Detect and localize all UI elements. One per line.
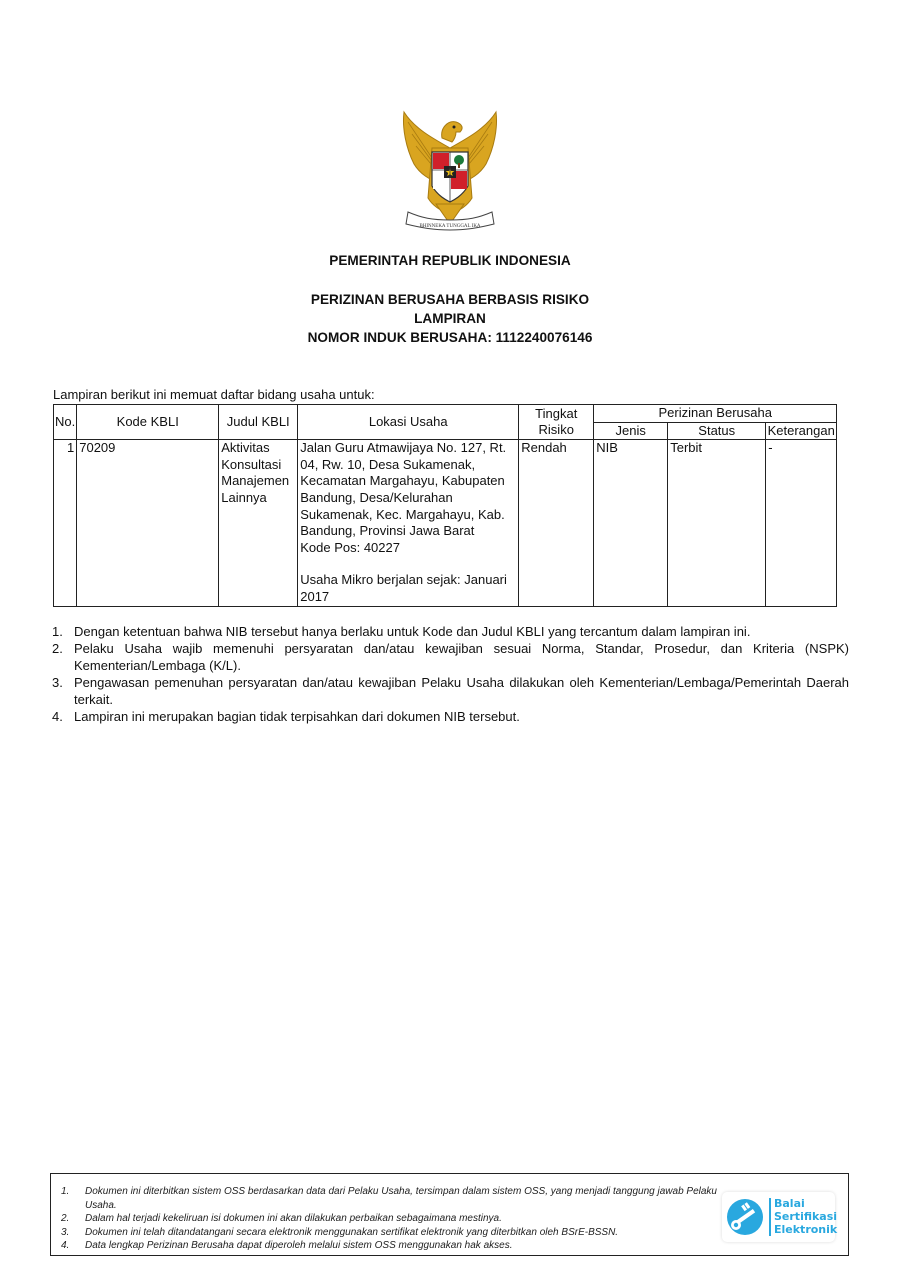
cell-judul-kbli: Aktivitas Konsultasi Manajemen Lainnya (219, 440, 298, 607)
footer-note-item: 2.Dalam hal terjadi kekeliruan isi dokum… (61, 1212, 721, 1226)
header-keterangan: Keterangan (766, 422, 837, 440)
header-tingkat-line2: Risiko (520, 422, 592, 439)
cell-kode-kbli: 70209 (77, 440, 219, 607)
intro-text: Lampiran berikut ini memuat daftar bidan… (53, 387, 375, 402)
footer-disclaimer-box: 1.Dokumen ini diterbitkan sistem OSS ber… (50, 1173, 849, 1256)
note-item: 4.Lampiran ini merupakan bagian tidak te… (52, 708, 849, 725)
cell-keterangan: - (766, 440, 837, 607)
bsre-text: Balai Sertifikasi Elektronik (774, 1197, 837, 1236)
header-kode-kbli: Kode KBLI (77, 405, 219, 440)
bsre-divider (769, 1198, 771, 1236)
note-item: 3.Pengawasan pemenuhan persyaratan dan/a… (52, 674, 849, 708)
header-status: Status (668, 422, 766, 440)
header-judul-kbli: Judul KBLI (219, 405, 298, 440)
header-no: No. (54, 405, 77, 440)
footer-note-item: 4.Data lengkap Perizinan Berusaha dapat … (61, 1239, 721, 1253)
bsre-key-icon (726, 1198, 764, 1236)
cell-status: Terbit (668, 440, 766, 607)
cell-jenis: NIB (594, 440, 668, 607)
document-title-line1: PERIZINAN BERUSAHA BERBASIS RISIKO (0, 290, 900, 309)
header-tingkat-risiko: Tingkat Risiko (519, 405, 594, 440)
table-row: 1 70209 Aktivitas Konsultasi Manajemen L… (54, 440, 837, 607)
garuda-emblem-icon: BHINNEKA TUNGGAL IKA (392, 108, 508, 234)
note-item: 2.Pelaku Usaha wajib memenuhi persyarata… (52, 640, 849, 674)
cell-no: 1 (54, 440, 77, 607)
nib-number: NOMOR INDUK BERUSAHA: 1112240076146 (0, 328, 900, 347)
header-perizinan-berusaha: Perizinan Berusaha (594, 405, 837, 423)
footer-notes-list: 1.Dokumen ini diterbitkan sistem OSS ber… (61, 1185, 721, 1253)
kbli-table: No. Kode KBLI Judul KBLI Lokasi Usaha Ti… (53, 404, 837, 607)
emblem-motto: BHINNEKA TUNGGAL IKA (419, 224, 480, 229)
cell-tingkat-risiko: Rendah (519, 440, 594, 607)
header-jenis: Jenis (594, 422, 668, 440)
note-item: 1.Dengan ketentuan bahwa NIB tersebut ha… (52, 623, 849, 640)
lokasi-usaha-mikro: Usaha Mikro berjalan sejak: Januari 2017 (300, 572, 516, 605)
lokasi-kode-pos: Kode Pos: 40227 (300, 540, 516, 557)
header-tingkat-line1: Tingkat (520, 406, 592, 423)
cell-lokasi-usaha: Jalan Guru Atmawijaya No. 127, Rt. 04, R… (298, 440, 519, 607)
document-title-line2: LAMPIRAN (0, 309, 900, 328)
government-title: PEMERINTAH REPUBLIK INDONESIA (0, 251, 900, 270)
bsre-logo: Balai Sertifikasi Elektronik (722, 1192, 835, 1242)
notes-list: 1.Dengan ketentuan bahwa NIB tersebut ha… (52, 623, 849, 725)
footer-note-item: 1.Dokumen ini diterbitkan sistem OSS ber… (61, 1185, 721, 1212)
footer-note-item: 3.Dokumen ini telah ditandatangani secar… (61, 1226, 721, 1240)
lokasi-address: Jalan Guru Atmawijaya No. 127, Rt. 04, R… (300, 440, 516, 540)
header-lokasi-usaha: Lokasi Usaha (298, 405, 519, 440)
document-title: PERIZINAN BERUSAHA BERBASIS RISIKO LAMPI… (0, 290, 900, 347)
